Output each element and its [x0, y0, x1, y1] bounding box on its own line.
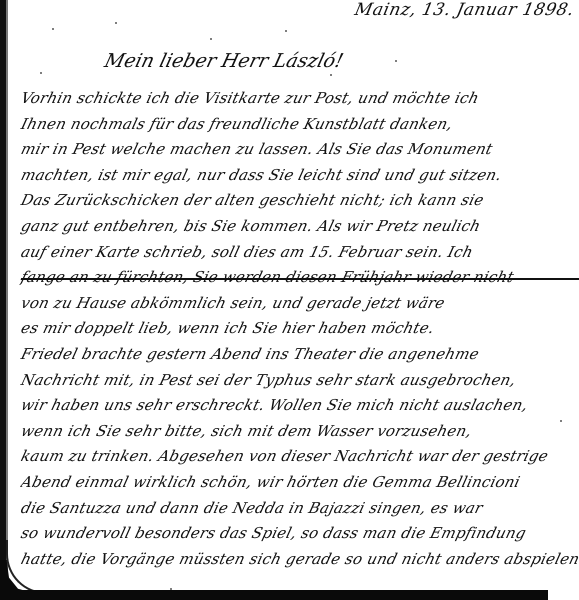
scan-speck — [52, 28, 54, 30]
letter-line: die Santuzza und dann die Nedda in Bajaz… — [18, 496, 579, 522]
scan-speck — [330, 74, 332, 76]
letter-line: machten, ist mir egal, nur dass Sie leic… — [18, 163, 579, 189]
letter-line-struck-through: fange an zu fürchten, Sie werden diesen … — [18, 265, 579, 291]
letter-line: hatte, die Vorgänge müssten sich gerade … — [18, 547, 579, 573]
letter-salutation: Mein lieber Herr László! — [102, 50, 345, 72]
letter-line: ganz gut entbehren, bis Sie kommen. Als … — [18, 214, 579, 240]
letter-line: Das Zurückschicken der alten geschieht n… — [18, 188, 579, 214]
letter-dateline: Mainz, 13. Januar 1898. — [353, 0, 576, 20]
scan-speck — [285, 30, 287, 32]
letter-line: Friedel brachte gestern Abend ins Theate… — [18, 342, 579, 368]
letter-line: mir in Pest welche machen zu lassen. Als… — [18, 137, 579, 163]
letter-line: wir haben uns sehr erschreckt. Wollen Si… — [18, 393, 579, 419]
scan-left-border-shadow — [6, 0, 8, 600]
letter-line: auf einer Karte schrieb, soll dies am 15… — [18, 240, 579, 266]
letter-line: wenn ich Sie sehr bitte, sich mit dem Wa… — [18, 419, 579, 445]
letter-line: Ihnen nochmals für das freundliche Kunst… — [18, 112, 579, 138]
letter-line: kaum zu trinken. Abgesehen von dieser Na… — [18, 444, 579, 470]
letter-line: Vorhin schickte ich die Visitkarte zur P… — [18, 86, 579, 112]
letter-line: es mir doppelt lieb, wenn ich Sie hier h… — [18, 316, 579, 342]
letter-line: von zu Hause abkömmlich sein, und gerade… — [18, 291, 579, 317]
letter-line: so wundervoll besonders das Spiel, so da… — [18, 521, 579, 547]
letter-body: Vorhin schickte ich die Visitkarte zur P… — [18, 86, 578, 572]
scan-speck — [210, 38, 212, 40]
scan-speck — [115, 22, 117, 24]
scan-speck — [395, 60, 397, 62]
letter-line: Abend einmal wirklich schön, wir hörten … — [18, 470, 579, 496]
letter-line: Nachricht mit, in Pest sei der Typhus se… — [18, 368, 579, 394]
scan-speck — [170, 588, 172, 590]
scan-bottom-border — [0, 590, 548, 600]
scan-speck — [40, 72, 42, 74]
letter-page: Mainz, 13. Januar 1898. Mein lieber Herr… — [0, 0, 579, 600]
